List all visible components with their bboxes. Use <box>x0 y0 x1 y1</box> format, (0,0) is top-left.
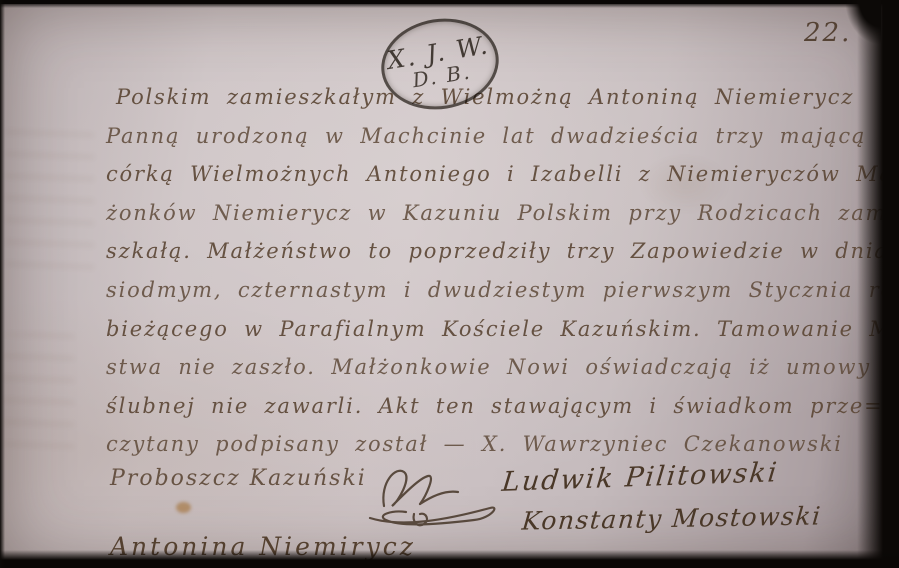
bride-signature: Antonina Niemirycz <box>110 532 416 561</box>
document-page: Polskim zamieszkałym z Wielmożną Antonin… <box>0 4 899 564</box>
verso-bleed-through <box>6 124 94 274</box>
witness-signature: Konstanty Mostowski <box>521 501 823 535</box>
manuscript-line: Panną urodzoną w Machcinie lat dwadzieśc… <box>106 117 878 156</box>
manuscript-line: Polskim zamieszkałym z Wielmożną Antonin… <box>116 78 878 117</box>
manuscript-line: bieżącego w Parafialnym Kościele Kazuńsk… <box>106 310 878 349</box>
manuscript-paragraph: Polskim zamieszkałym z Wielmożną Antonin… <box>106 78 878 464</box>
manuscript-line: szkałą. Małżeństwo to poprzedziły trzy Z… <box>106 232 878 271</box>
priest-title-signature: Proboszcz Kazuński <box>110 466 367 491</box>
manuscript-line: stwa nie zaszło. Małżonkowie Nowi oświad… <box>106 348 878 387</box>
officiant-signature-flourish <box>362 462 512 534</box>
manuscript-line: córką Wielmożnych Antoniego i Izabelli z… <box>106 155 878 194</box>
manuscript-line: siodmym, czternastym i dwudziestym pierw… <box>106 271 878 310</box>
verso-bleed-through <box>4 334 74 454</box>
page-number: 22. <box>804 18 851 48</box>
ink-stain <box>176 502 191 513</box>
manuscript-line: ślubnej nie zawarli. Akt ten stawającym … <box>106 387 878 426</box>
manuscript-line: żonków Niemierycz w Kazuniu Polskim przy… <box>106 194 878 233</box>
